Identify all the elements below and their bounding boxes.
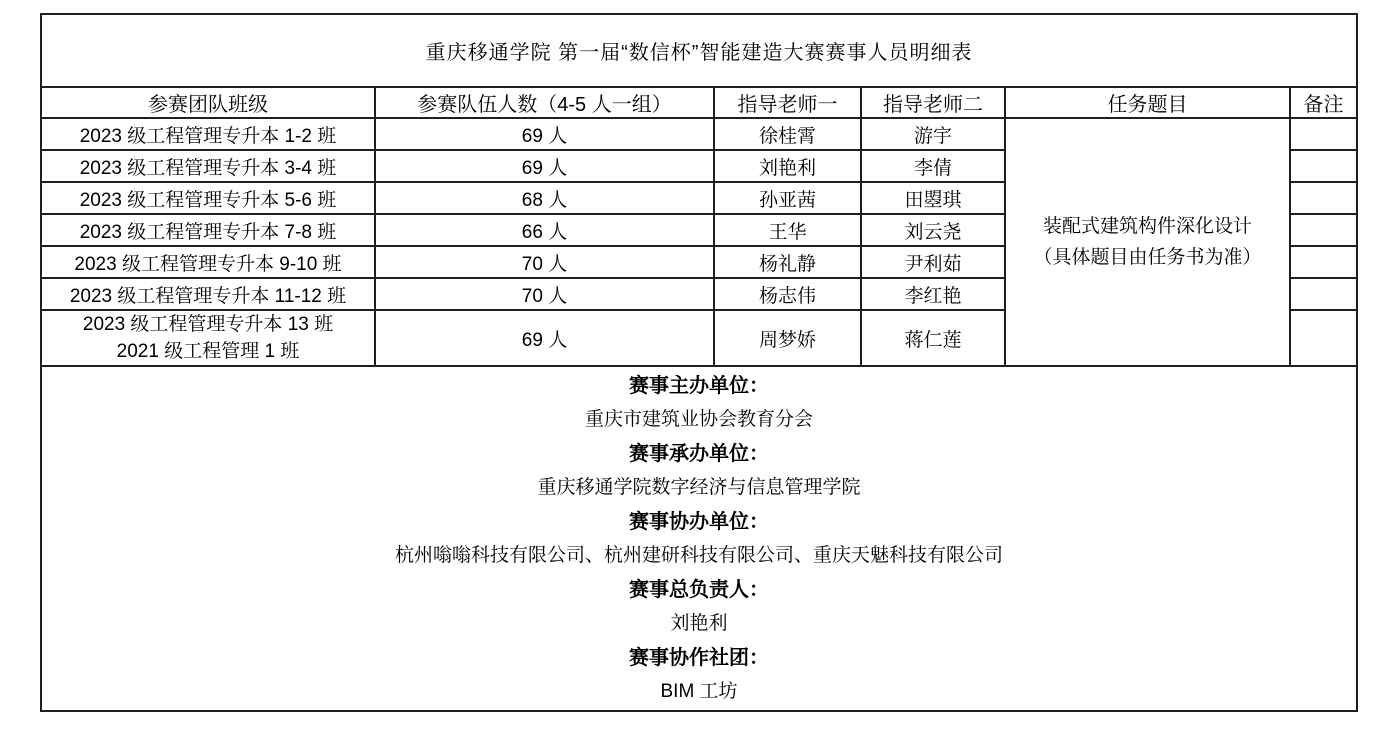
advisor-one-cell: 王华 (714, 214, 861, 246)
team-count-cell: 69 人 (375, 150, 714, 182)
team-class-line2: 2021 级工程管理 1 班 (45, 338, 371, 365)
remark-cell (1290, 246, 1357, 278)
advisor-one-cell: 孙亚茜 (714, 182, 861, 214)
team-count-cell: 68 人 (375, 182, 714, 214)
team-class-cell: 2023 级工程管理专升本 9-10 班 (41, 246, 375, 278)
task-topic-cell: 装配式建筑构件深化设计 （具体题目由任务书为准） (1005, 118, 1290, 366)
advisor-two-cell: 李倩 (861, 150, 1005, 182)
undertaker-value: 重庆移通学院数字经济与信息管理学院 (45, 471, 1353, 505)
remark-cell (1290, 310, 1357, 366)
advisor-two-cell: 李红艳 (861, 278, 1005, 310)
remark-cell (1290, 214, 1357, 246)
team-class-cell: 2023 级工程管理专升本 3-4 班 (41, 150, 375, 182)
team-count-cell: 69 人 (375, 118, 714, 150)
document-page: 重庆移通学院 第一届“数信杯”智能建造大赛赛事人员明细表 参赛团队班级 参赛队伍… (0, 0, 1396, 737)
table-row: 2023 级工程管理专升本 1-2 班 69 人 徐桂霄 游宇 装配式建筑构件深… (41, 118, 1357, 150)
col-header-remark: 备注 (1290, 87, 1357, 118)
header-row: 参赛团队班级 参赛队伍人数（4-5 人一组） 指导老师一 指导老师二 任务题目 … (41, 87, 1357, 118)
col-header-team-size: 参赛队伍人数（4-5 人一组） (375, 87, 714, 118)
col-header-task-topic: 任务题目 (1005, 87, 1290, 118)
co-organizer-label: 赛事协办单位： (45, 505, 1353, 539)
task-topic-line1: 装配式建筑构件深化设计 (1009, 211, 1286, 242)
remark-cell (1290, 182, 1357, 214)
chief-director-label: 赛事总负责人： (45, 573, 1353, 607)
team-class-cell: 2023 级工程管理专升本 7-8 班 (41, 214, 375, 246)
footer-row: 赛事主办单位： 重庆市建筑业协会教育分会 赛事承办单位： 重庆移通学院数字经济与… (41, 366, 1357, 711)
page-title: 重庆移通学院 第一届“数信杯”智能建造大赛赛事人员明细表 (41, 14, 1357, 87)
remark-cell (1290, 118, 1357, 150)
col-header-advisor-two: 指导老师二 (861, 87, 1005, 118)
advisor-two-cell: 蒋仁莲 (861, 310, 1005, 366)
competition-personnel-table: 重庆移通学院 第一届“数信杯”智能建造大赛赛事人员明细表 参赛团队班级 参赛队伍… (40, 13, 1358, 712)
advisor-one-cell: 杨志伟 (714, 278, 861, 310)
col-header-team-class: 参赛团队班级 (41, 87, 375, 118)
team-count-cell: 66 人 (375, 214, 714, 246)
team-class-cell: 2023 级工程管理专升本 1-2 班 (41, 118, 375, 150)
advisor-one-cell: 徐桂霄 (714, 118, 861, 150)
advisor-one-cell: 周梦娇 (714, 310, 861, 366)
advisor-two-cell: 刘云尧 (861, 214, 1005, 246)
task-topic-line2: （具体题目由任务书为准） (1009, 242, 1286, 273)
advisor-one-cell: 杨礼静 (714, 246, 861, 278)
remark-cell (1290, 278, 1357, 310)
advisor-two-cell: 田曌琪 (861, 182, 1005, 214)
advisor-two-cell: 游宇 (861, 118, 1005, 150)
team-count-cell: 70 人 (375, 246, 714, 278)
advisor-one-cell: 刘艳利 (714, 150, 861, 182)
remark-cell (1290, 150, 1357, 182)
partner-club-value: BIM 工坊 (45, 675, 1353, 709)
host-organizer-label: 赛事主办单位： (45, 369, 1353, 403)
partner-club-label: 赛事协作社团： (45, 641, 1353, 675)
host-organizer-value: 重庆市建筑业协会教育分会 (45, 403, 1353, 437)
team-count-cell: 69 人 (375, 310, 714, 366)
undertaker-label: 赛事承办单位： (45, 437, 1353, 471)
team-class-line1: 2023 级工程管理专升本 13 班 (45, 311, 371, 338)
col-header-advisor-one: 指导老师一 (714, 87, 861, 118)
team-class-cell: 2023 级工程管理专升本 11-12 班 (41, 278, 375, 310)
chief-director-value: 刘艳利 (45, 607, 1353, 641)
team-class-cell: 2023 级工程管理专升本 13 班 2021 级工程管理 1 班 (41, 310, 375, 366)
advisor-two-cell: 尹利茹 (861, 246, 1005, 278)
co-organizer-value: 杭州嗡嗡科技有限公司、杭州建研科技有限公司、重庆天魅科技有限公司 (45, 539, 1353, 573)
organizer-info-block: 赛事主办单位： 重庆市建筑业协会教育分会 赛事承办单位： 重庆移通学院数字经济与… (41, 366, 1357, 711)
title-row: 重庆移通学院 第一届“数信杯”智能建造大赛赛事人员明细表 (41, 14, 1357, 87)
team-class-cell: 2023 级工程管理专升本 5-6 班 (41, 182, 375, 214)
team-count-cell: 70 人 (375, 278, 714, 310)
